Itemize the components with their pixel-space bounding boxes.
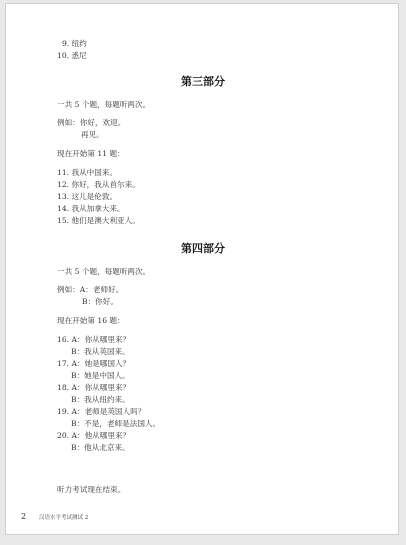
ending-text: 听力考试现在结束。 <box>57 485 125 495</box>
dialogue-a: A：他从哪里来？ <box>72 431 131 440</box>
part3-start: 现在开始第 11 题： <box>57 149 125 159</box>
item-text: 纽约 <box>72 39 87 48</box>
list-item: 12. 你好，我从首尔来。 <box>57 180 140 190</box>
part3-intro: 一共 5 个题，每题听两次。 <box>57 100 150 110</box>
part4-start: 现在开始第 16 题： <box>57 316 125 326</box>
example-label: 例如： <box>57 285 80 294</box>
example-line: 你好，欢迎。 <box>80 118 126 127</box>
item-number: 20. <box>57 431 69 440</box>
section-title-part4: 第四部分 <box>6 242 400 256</box>
dialogue-item: 20. A：他从哪里来？ <box>57 431 130 441</box>
list-item: 14. 我从加拿大来。 <box>57 204 125 214</box>
dialogue-b: B：我从英国来。 <box>71 347 130 357</box>
item-number: 17. <box>57 359 69 368</box>
dialogue-b: B：我从纽约来。 <box>71 395 130 405</box>
dialogue-a: A：你从哪里来？ <box>72 335 131 344</box>
section-title-part3: 第三部分 <box>6 75 400 89</box>
dialogue-a: A：她是哪国人？ <box>72 359 131 368</box>
page-number: 2 <box>21 512 26 522</box>
part3-example-line2: 再见。 <box>81 130 104 140</box>
list-item: 11. 我从中国来。 <box>57 168 117 178</box>
item-number: 16. <box>57 335 69 344</box>
item-number: 10. <box>57 51 69 60</box>
document-page: 9. 纽约 10. 悉尼 第三部分 一共 5 个题，每题听两次。 例如：你好，欢… <box>5 3 399 535</box>
dialogue-item: 16. A：你从哪里来？ <box>57 335 130 345</box>
list-item: 13. 这儿是伦敦。 <box>57 192 117 202</box>
part4-example: 例如：A：老师好。 <box>57 285 123 295</box>
part4-example-b: B：你好。 <box>82 297 118 307</box>
item-number: 9. <box>62 39 69 48</box>
part4-intro: 一共 5 个题，每题听两次。 <box>57 267 150 277</box>
item-text: 悉尼 <box>72 51 87 60</box>
dialogue-item: 18. A：你从哪里来？ <box>57 383 130 393</box>
list-item: 15. 他们是澳大利亚人。 <box>57 216 140 226</box>
part3-example: 例如：你好，欢迎。 <box>57 118 125 128</box>
dialogue-b: B：他从北京来。 <box>71 443 130 453</box>
dialogue-b: B：她是中国人。 <box>71 371 130 381</box>
item-number: 19. <box>57 407 69 416</box>
item-number: 18. <box>57 383 69 392</box>
dialogue-item: 17. A：她是哪国人？ <box>57 359 130 369</box>
example-label: 例如： <box>57 118 80 127</box>
dialogue-b: B：不是，老师是法国人。 <box>71 419 160 429</box>
example-line: A：老师好。 <box>80 285 123 294</box>
dialogue-a: A：老师是英国人吗？ <box>72 407 146 416</box>
list-item: 9. 纽约 <box>62 39 87 49</box>
list-item: 10. 悉尼 <box>57 51 87 61</box>
footer-title: 汉语水平考试测试 2 <box>39 514 88 522</box>
dialogue-item: 19. A：老师是英国人吗？ <box>57 407 145 417</box>
dialogue-a: A：你从哪里来？ <box>72 383 131 392</box>
